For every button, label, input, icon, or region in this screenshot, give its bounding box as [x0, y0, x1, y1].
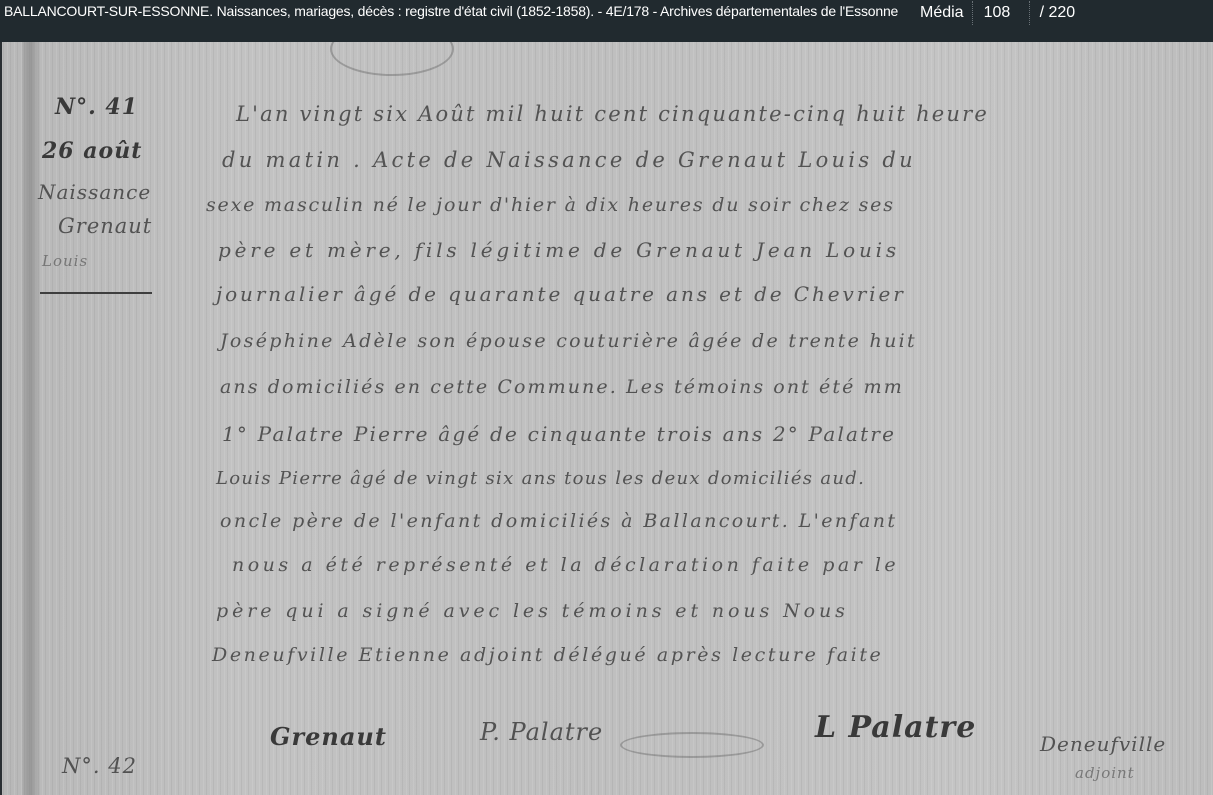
register-line: Joséphine Adèle son épouse couturière âg…: [220, 330, 917, 352]
margin-date: 26 août: [42, 138, 142, 164]
register-line: Louis Pierre âgé de vingt six ans tous l…: [216, 468, 865, 489]
document-title: BALLANCOURT-SUR-ESSONNE. Naissances, mar…: [4, 3, 898, 19]
margin-next-entry-number: N°. 42: [62, 754, 137, 778]
margin-underline: [40, 292, 152, 294]
register-line: père qui a signé avec les témoins et nou…: [216, 600, 849, 622]
register-line: sexe masculin né le jour d'hier à dix he…: [206, 194, 895, 216]
signature-flourish: [620, 732, 764, 758]
viewer-left-edge: [0, 42, 2, 795]
margin-surname: Grenaut: [58, 214, 152, 238]
register-line: du matin . Acte de Naissance de Grenaut …: [222, 148, 916, 172]
register-line: 1° Palatre Pierre âgé de cinquante trois…: [222, 422, 896, 446]
margin-entry-number: N°. 41: [55, 94, 138, 120]
media-label: Média: [913, 1, 973, 25]
signature-p-palatre: P. Palatre: [480, 718, 603, 746]
document-image-viewer[interactable]: N°. 41 26 août Naissance Grenaut Louis N…: [0, 42, 1213, 795]
register-line: oncle père de l'enfant domiciliés à Ball…: [220, 510, 897, 532]
signature-grenaut: Grenaut: [270, 722, 387, 751]
viewer-header: BALLANCOURT-SUR-ESSONNE. Naissances, mar…: [0, 0, 1213, 42]
register-line: nous a été représenté et la déclaration …: [232, 554, 899, 576]
register-line: père et mère, fils légitime de Grenaut J…: [218, 238, 900, 262]
signature-deneufville: Deneufville: [1040, 732, 1166, 756]
margin-given-name: Louis: [42, 252, 88, 270]
register-line: Deneufville Etienne adjoint délégué aprè…: [212, 644, 883, 666]
margin-kind: Naissance: [38, 180, 151, 204]
total-pages: / 220: [1030, 1, 1076, 25]
signature-l-palatre: L Palatre: [815, 710, 976, 745]
media-navigation: Média 108 / 220: [913, 0, 1075, 26]
register-line: L'an vingt six Août mil huit cent cinqua…: [236, 102, 989, 126]
current-page-input[interactable]: 108: [973, 1, 1030, 25]
top-flourish: [330, 42, 454, 76]
register-line: journalier âgé de quarante quatre ans et…: [216, 282, 906, 306]
page-binding-shadow: [22, 42, 40, 795]
register-line: ans domiciliés en cette Commune. Les tém…: [220, 376, 904, 398]
signature-adjoint: adjoint: [1075, 764, 1135, 782]
